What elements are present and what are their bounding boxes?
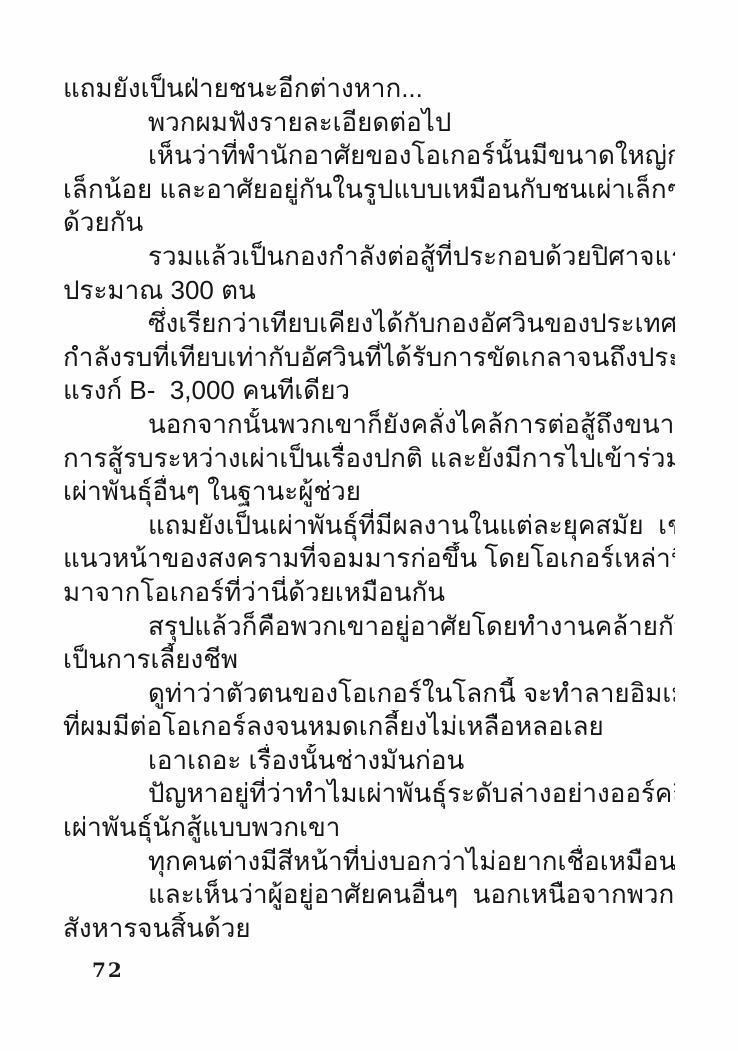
text-line: นอกจากนั้นพวกเขาก็ยังคลั่งไคล้การต่อสู้ถ… (63, 408, 675, 442)
text-line: แถมยังเป็นฝ่ายชนะอีกต่างหาก... (63, 72, 675, 106)
text-line: เล็กน้อย และอาศัยอยู่กันในรูปแบบเหมือนกั… (63, 173, 675, 207)
text-line: ที่ผมมีต่อโอเกอร์ลงจนหมดเกลี้ยงไม่เหลือห… (63, 710, 675, 744)
text-line: ซึ่งเรียกว่าเทียบเคียงได้กับกองอัศวินของ… (63, 307, 675, 341)
text-line: เผ่าพันธุ์นักสู้แบบพวกเขา (63, 811, 675, 845)
text-line: สังหารจนสิ้นด้วย (63, 912, 675, 946)
text-line: เป็นการเลี้ยงชีพ (63, 643, 675, 677)
text-line: การสู้รบระหว่างเผ่าเป็นเรื่องปกติ และยัง… (63, 442, 675, 476)
text-line: แถมยังเป็นเผ่าพันธุ์ที่มีผลงานในแต่ละยุค… (63, 509, 675, 543)
page-number: 72 (92, 958, 124, 982)
text-line: รวมแล้วเป็นกองกำลังต่อสู้ที่ประกอบด้วยปิ… (63, 240, 675, 274)
text-line: มาจากโอเกอร์ที่ว่านี่ด้วยเหมือนกัน (63, 576, 675, 610)
text-line: พวกผมฟังรายละเอียดต่อไป (63, 106, 675, 140)
page-text: แถมยังเป็นฝ่ายชนะอีกต่างหาก...พวกผมฟังรา… (63, 72, 675, 945)
text-line: ประมาณ 300 ตน (63, 274, 675, 308)
text-line: แนวหน้าของสงครามที่จอมมารก่อขึ้น โดยโอเก… (63, 542, 675, 576)
text-line: ปัญหาอยู่ที่ว่าทำไมเผ่าพันธุ์ระดับล่างอย… (63, 777, 675, 811)
text-line: เห็นว่าที่พำนักอาศัยของโอเกอร์นั้นมีขนาด… (63, 139, 675, 173)
text-line: และเห็นว่าผู้อยู่อาศัยคนอื่นๆ นอกเหนือจา… (63, 878, 675, 912)
text-line: เอาเถอะ เรื่องนั้นช่างมันก่อน (63, 744, 675, 778)
text-line: ดูท่าว่าตัวตนของโอเกอร์ในโลกนี้ จะทำลายอ… (63, 677, 675, 711)
text-line: กำลังรบที่เทียบเท่ากับอัศวินที่ได้รับการ… (63, 341, 675, 375)
text-line: ทุกคนต่างมีสีหน้าที่บ่งบอกว่าไม่อยากเชื่… (63, 845, 675, 879)
text-line: ด้วยกัน (63, 206, 675, 240)
text-line: สรุปแล้วก็คือพวกเขาอยู่อาศัยโดยทำงานคล้า… (63, 610, 675, 644)
text-line: เผ่าพันธุ์อื่นๆ ในฐานะผู้ช่วย (63, 475, 675, 509)
book-page: แถมยังเป็นฝ่ายชนะอีกต่างหาก...พวกผมฟังรา… (0, 0, 738, 1051)
text-line: แรงก์ B- 3,000 คนทีเดียว (63, 374, 675, 408)
